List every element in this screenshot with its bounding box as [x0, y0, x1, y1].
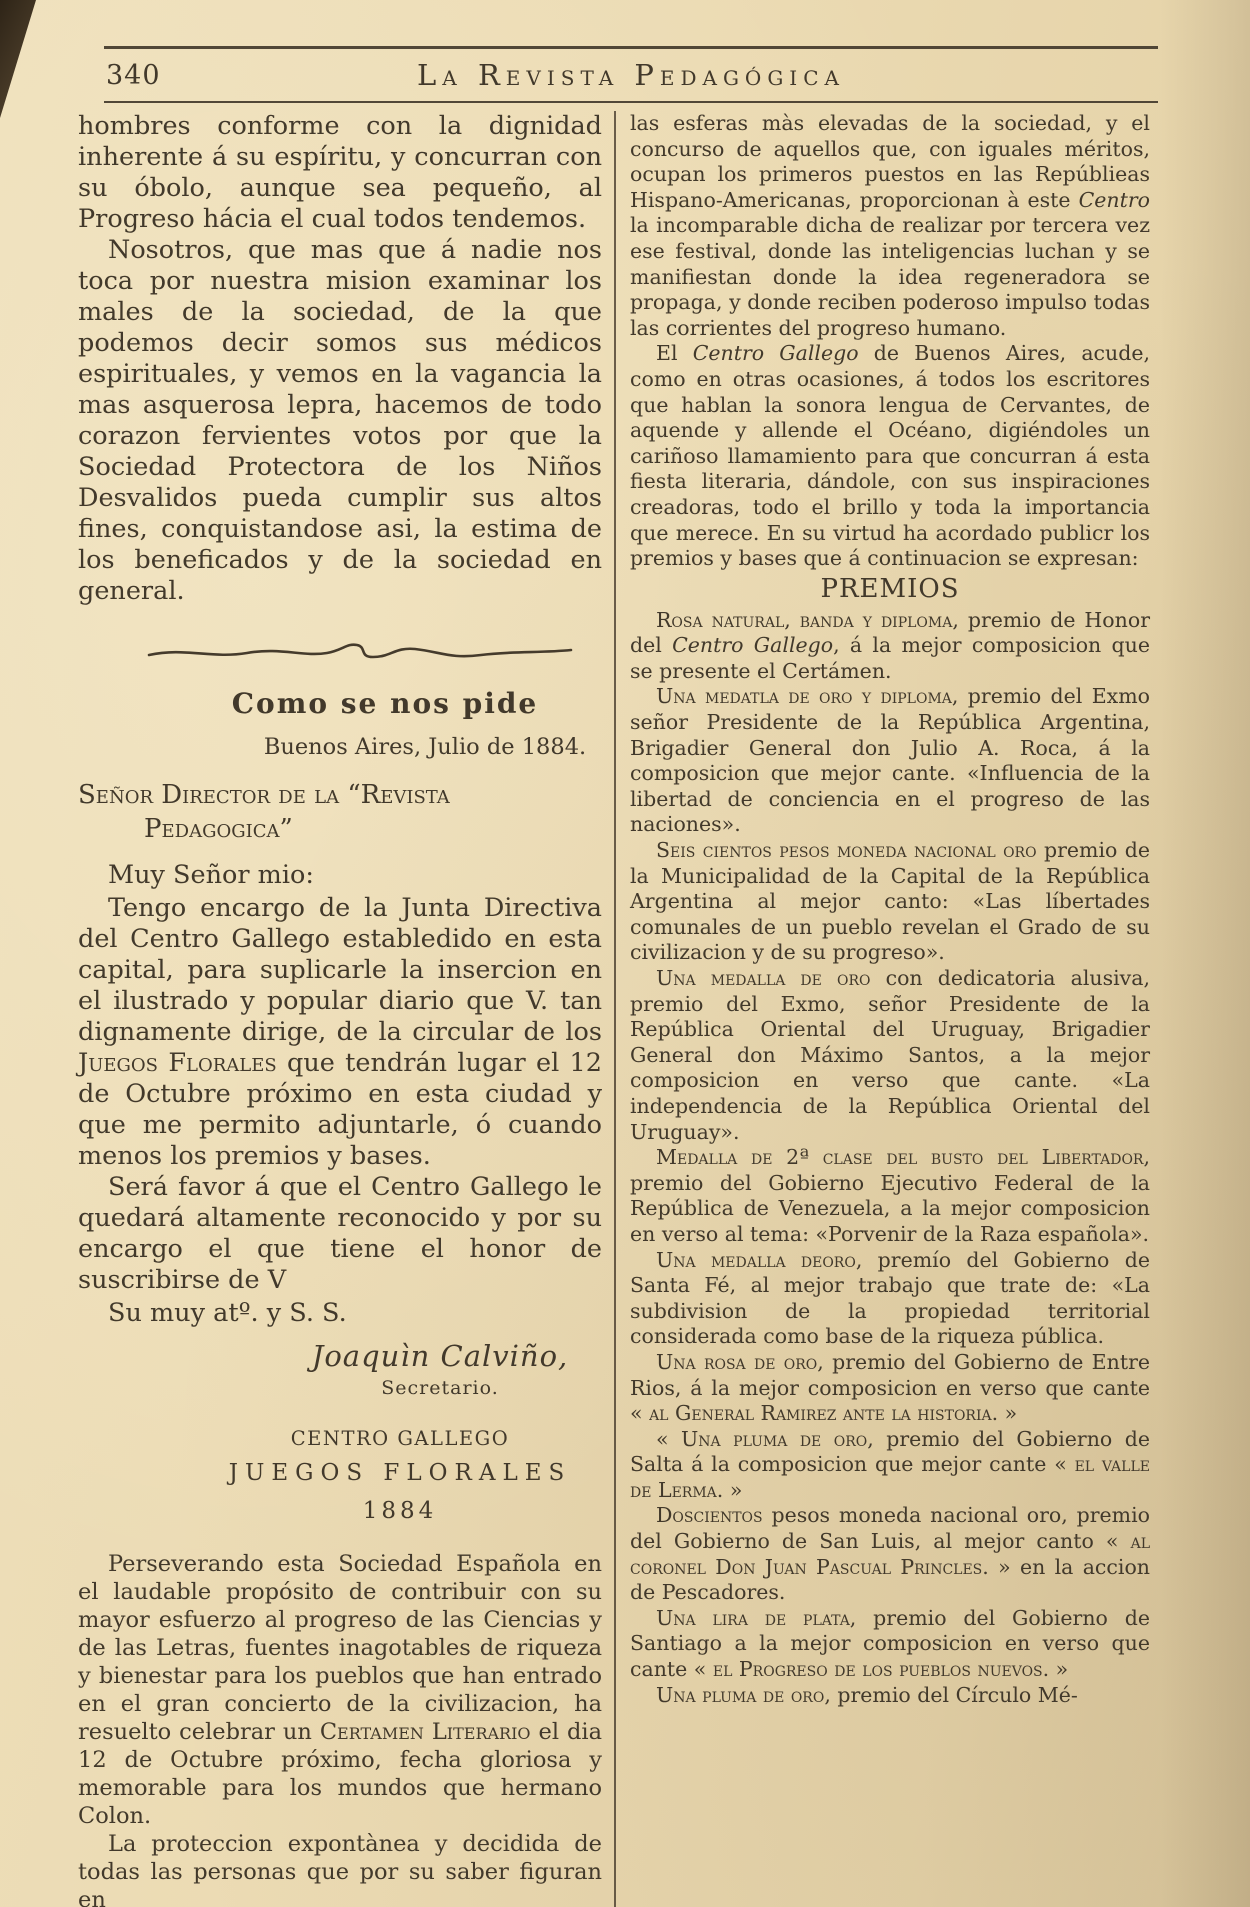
scanned-journal-page: 340 La Revista Pedagógica hombres confor… — [0, 0, 1250, 1907]
letter-heading: Como se nos pide — [168, 687, 602, 720]
premios-heading: PREMIOS — [630, 574, 1150, 604]
organization-name: CENTRO GALLEGO — [198, 1427, 602, 1450]
letter-signoff: Su muy atº. y S. S. — [78, 1298, 602, 1329]
event-title: JUEGOS FLORALES — [198, 1460, 602, 1486]
letter-signature: Joaquìn Calviño, — [278, 1339, 602, 1373]
paragraph: Perseverando esta Sociedad Española en e… — [78, 1550, 602, 1830]
paragraph: Nosotros, que mas que á nadie nos toca p… — [78, 235, 602, 607]
premio-item: Seis cientos pesos moneda nacional oro p… — [630, 838, 1150, 966]
premio-item: « Una pluma de oro, premio del Gobierno … — [630, 1427, 1150, 1504]
right-column: las esferas màs elevadas de la sociedad,… — [614, 111, 1150, 1907]
premio-item: Medalla de 2ª clase del busto del Libert… — [630, 1145, 1150, 1247]
premio-item: Una lira de plata, premio del Gobierno d… — [630, 1606, 1150, 1683]
letter-greeting: Muy Señor mio: — [78, 860, 602, 891]
two-column-body: hombres conforme con la dignidad inheren… — [78, 111, 1166, 1907]
page-edge-shading — [1160, 0, 1250, 1907]
page-title: La Revista Pedagógica — [104, 58, 1158, 92]
letter-dateline: Buenos Aires, Julio de 1884. — [248, 734, 602, 760]
letter-salutation: Señor Director de la “Revista Pedagogica… — [78, 778, 602, 846]
premio-item: Una medalla de oro con dedicatoria alusi… — [630, 966, 1150, 1145]
paragraph: El Centro Gallego de Buenos Aires, acude… — [630, 341, 1150, 571]
premio-item: Rosa natural, banda y diploma, premio de… — [630, 608, 1150, 685]
decorative-divider — [118, 637, 602, 669]
premio-item: Una pluma de oro, premio del Círculo Mé- — [630, 1683, 1150, 1709]
letter-paragraph: Tengo encargo de la Junta Directiva del … — [78, 893, 602, 1172]
header-rule-bottom — [104, 101, 1158, 103]
left-column: hombres conforme con la dignidad inheren… — [78, 111, 614, 1907]
page-number: 340 — [106, 60, 161, 91]
event-year: 1884 — [198, 1498, 602, 1524]
letter-paragraph: Será favor á que el Centro Gallego le qu… — [78, 1172, 602, 1296]
premio-item: Una medatla de oro y diploma, premio del… — [630, 684, 1150, 838]
paragraph: La proteccion expontànea y decidida de t… — [78, 1830, 602, 1907]
letter-signature-role: Secretario. — [278, 1377, 602, 1399]
page-header: 340 La Revista Pedagógica — [104, 46, 1158, 103]
paragraph: hombres conforme con la dignidad inheren… — [78, 111, 602, 235]
squiggle-flourish-icon — [145, 637, 575, 665]
premio-item: Doscientos pesos moneda nacional oro, pr… — [630, 1503, 1150, 1605]
premio-item: Una medalla deoro, premío del Gobierno d… — [630, 1248, 1150, 1350]
scan-corner-artifact — [0, 0, 36, 118]
paragraph: las esferas màs elevadas de la sociedad,… — [630, 111, 1150, 341]
premio-item: Una rosa de oro, premio del Gobierno de … — [630, 1350, 1150, 1427]
